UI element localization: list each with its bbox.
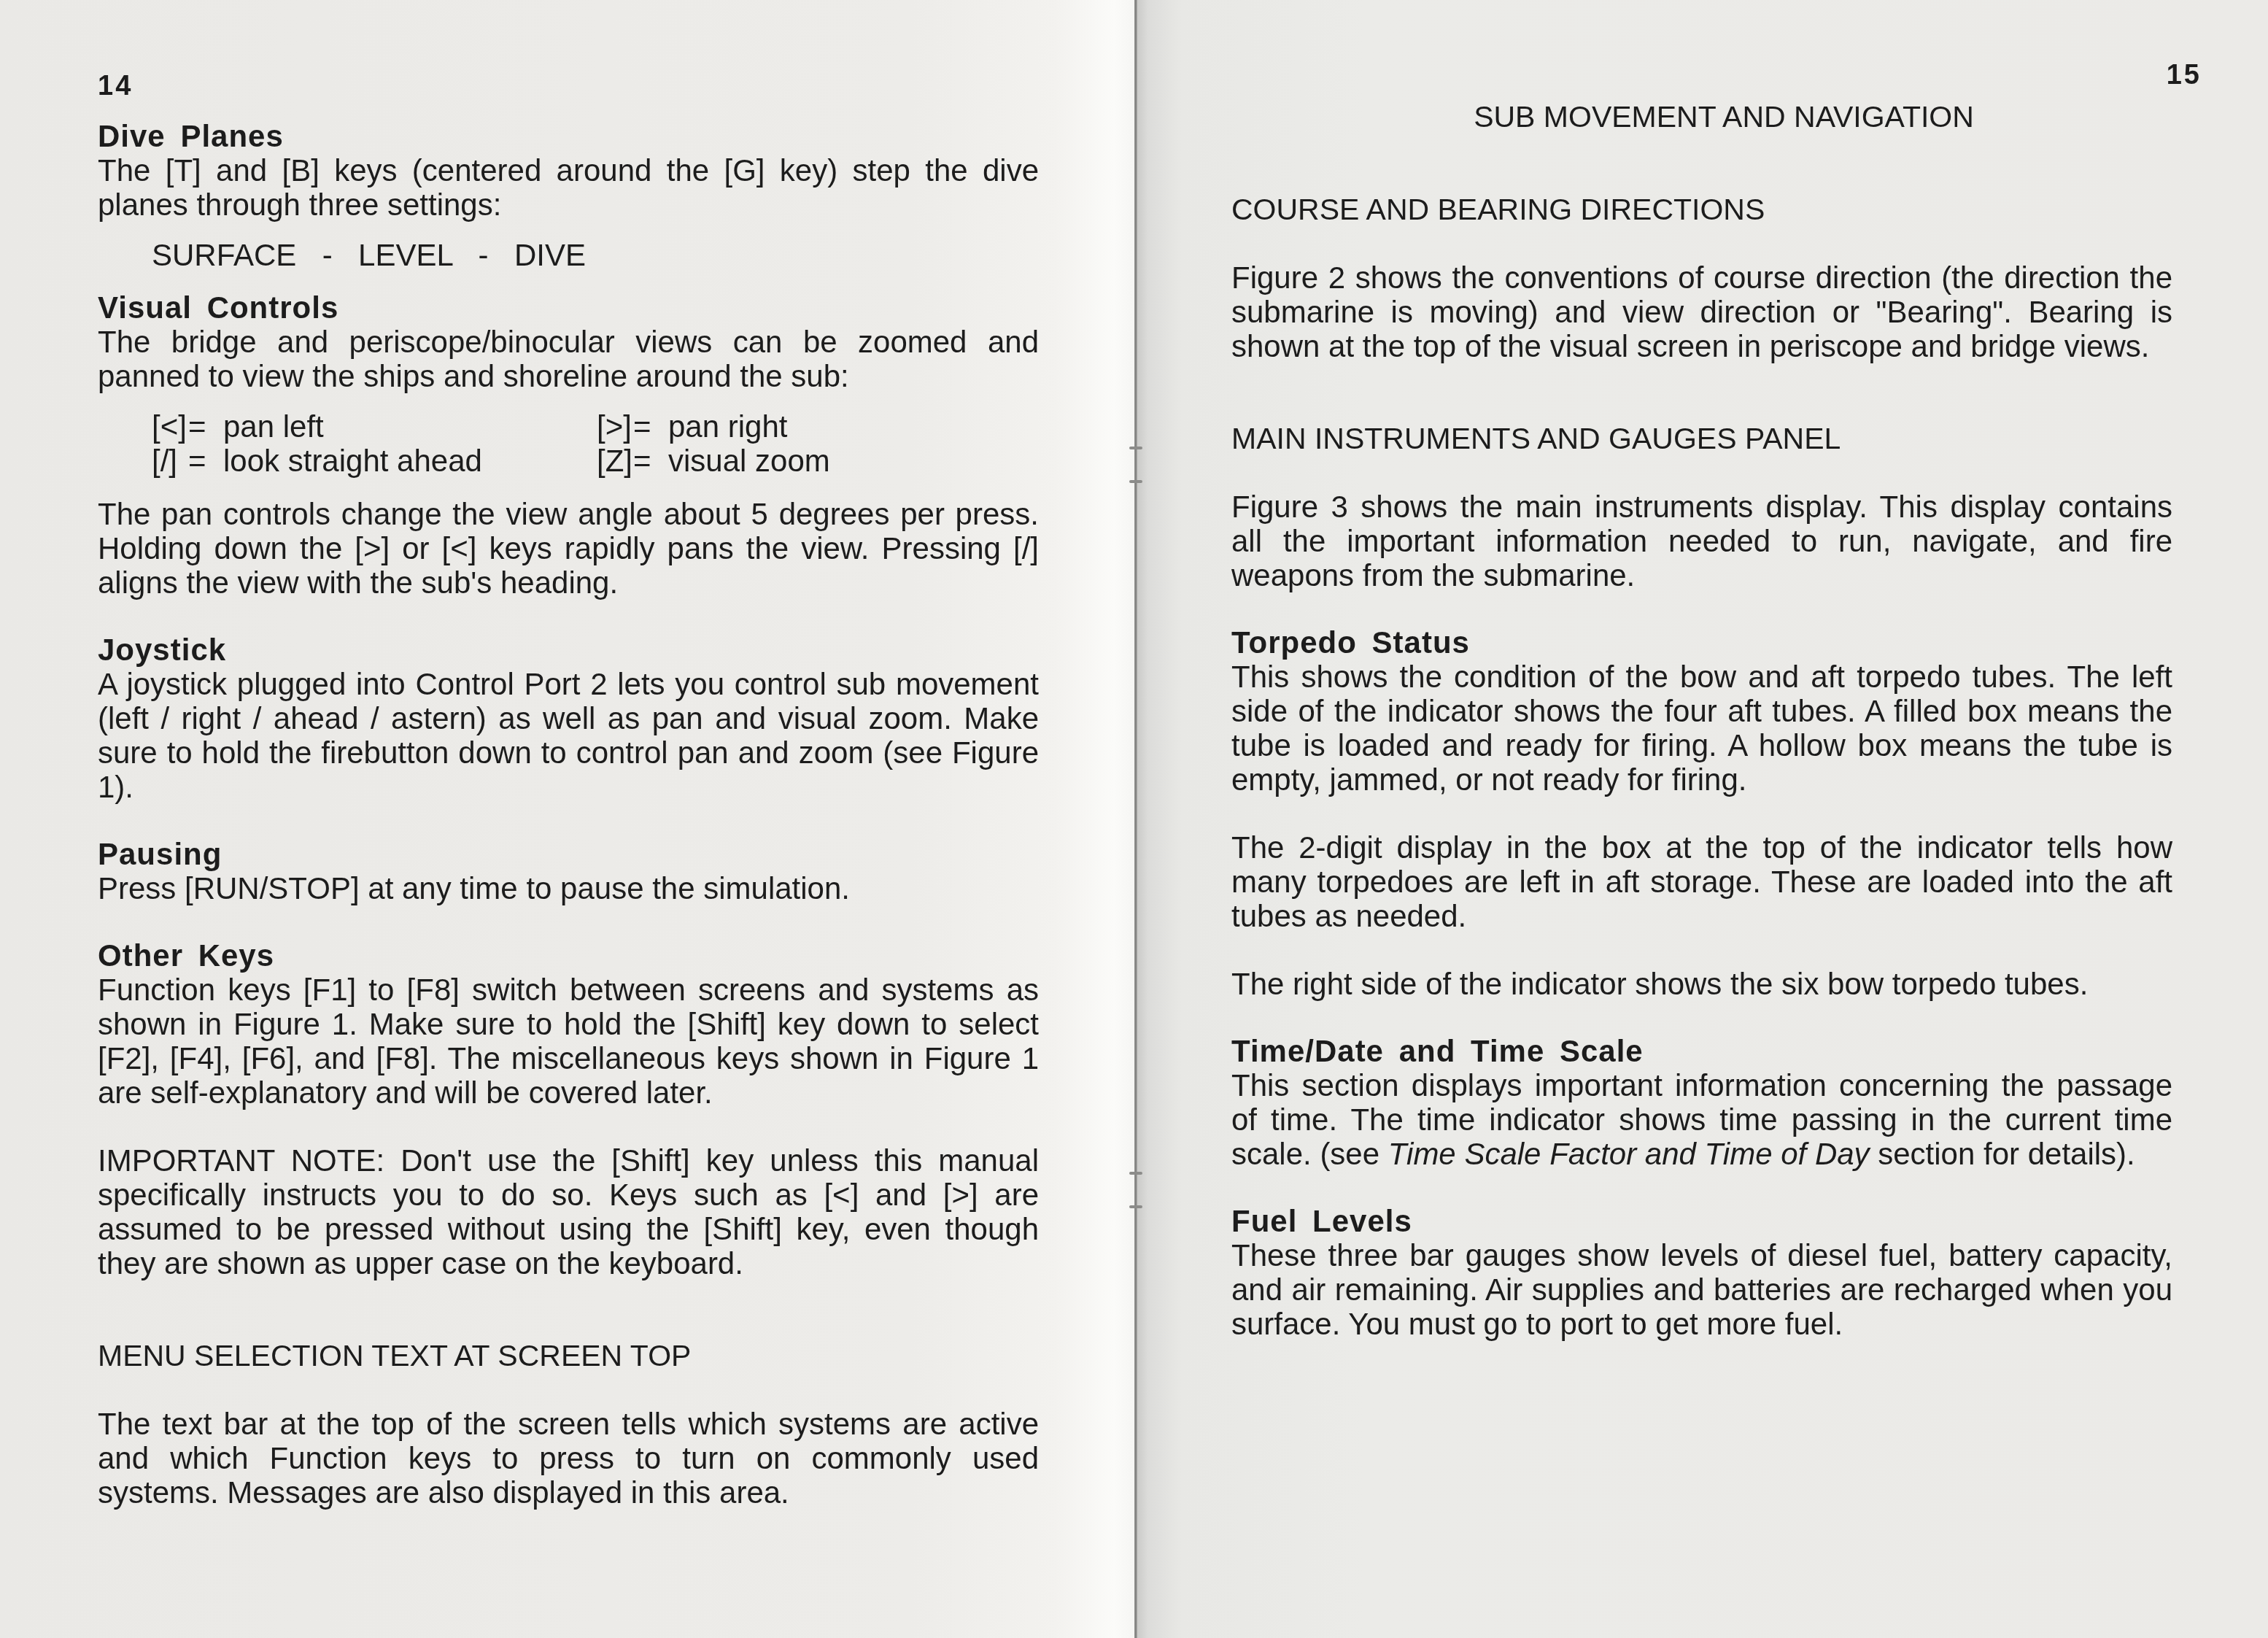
key-bindings-table: [<] = pan left [>] = pan right [/] = loo…: [152, 409, 1039, 478]
section-heading-torpedo-status: Torpedo Status: [1231, 626, 2172, 660]
dive-planes-body: The [T] and [B] keys (centered around th…: [98, 153, 1039, 222]
staple-mark: [1129, 1205, 1142, 1208]
staple-mark: [1129, 447, 1142, 449]
section-heading-visual-controls: Visual Controls: [98, 291, 1039, 325]
right-page-content: 15 SUB MOVEMENT AND NAVIGATION COURSE AN…: [1231, 58, 2172, 1341]
fuel-levels-body: These three bar gauges show levels of di…: [1231, 1238, 2172, 1341]
section-heading-course-bearing: COURSE AND BEARING DIRECTIONS: [1231, 193, 2172, 227]
section-heading-time-date: Time/Date and Time Scale: [1231, 1035, 2172, 1068]
staple-mark: [1129, 480, 1142, 483]
key-action: visual zoom: [668, 444, 830, 478]
section-heading-main-instruments: MAIN INSTRUMENTS AND GAUGES PANEL: [1231, 422, 2172, 456]
equals-sign: =: [188, 444, 223, 478]
left-page: 14 Dive Planes The [T] and [B] keys (cen…: [0, 0, 1137, 1638]
key-binding-row: [>] = pan right: [597, 409, 1034, 444]
main-instruments-body: Figure 3 shows the main instruments disp…: [1231, 490, 2172, 592]
equals-sign: =: [188, 409, 223, 444]
section-heading-other-keys: Other Keys: [98, 939, 1039, 973]
menu-selection-body: The text bar at the top of the screen te…: [98, 1407, 1039, 1510]
section-heading-pausing: Pausing: [98, 838, 1039, 871]
key-label: [Z]: [597, 444, 633, 478]
time-date-body: This section displays important informat…: [1231, 1068, 2172, 1171]
time-date-text-end: section for details).: [1870, 1137, 2135, 1171]
key-binding-row: [<] = pan left: [152, 409, 597, 444]
other-keys-body: Function keys [F1] to [F8] switch betwee…: [98, 973, 1039, 1110]
section-heading-dive-planes: Dive Planes: [98, 120, 1039, 153]
section-heading-menu-selection: MENU SELECTION TEXT AT SCREEN TOP: [98, 1339, 1039, 1373]
key-binding-row: [Z] = visual zoom: [597, 444, 1034, 478]
dive-plane-settings: SURFACE - LEVEL - DIVE: [98, 238, 1039, 272]
equals-sign: =: [633, 444, 668, 478]
key-label: [>]: [597, 409, 633, 444]
key-action: look straight ahead: [223, 444, 482, 478]
time-date-reference: Time Scale Factor and Time of Day: [1388, 1137, 1870, 1171]
torpedo-storage-body: The 2-digit display in the box at the to…: [1231, 830, 2172, 933]
bow-tubes-body: The right side of the indicator shows th…: [1231, 967, 2172, 1001]
left-page-content: 14 Dive Planes The [T] and [B] keys (cen…: [98, 69, 1039, 1510]
key-action: pan left: [223, 409, 324, 444]
visual-controls-body: The bridge and periscope/binocular views…: [98, 325, 1039, 393]
staple-mark: [1129, 1172, 1142, 1175]
key-binding-row: [/] = look straight ahead: [152, 444, 597, 478]
key-action: pan right: [668, 409, 787, 444]
right-page: 15 SUB MOVEMENT AND NAVIGATION COURSE AN…: [1137, 0, 2268, 1638]
section-heading-joystick: Joystick: [98, 633, 1039, 667]
key-label: [<]: [152, 409, 188, 444]
equals-sign: =: [633, 409, 668, 444]
book-spine: [1134, 0, 1137, 1638]
torpedo-status-body: This shows the condition of the bow and …: [1231, 660, 2172, 797]
course-bearing-body: Figure 2 shows the conventions of course…: [1231, 260, 2172, 363]
pausing-body: Press [RUN/STOP] at any time to pause th…: [98, 871, 1039, 905]
joystick-body: A joystick plugged into Control Port 2 l…: [98, 667, 1039, 804]
page-number: 14: [98, 69, 1039, 104]
chapter-title: SUB MOVEMENT AND NAVIGATION: [1275, 100, 2172, 134]
important-note: IMPORTANT NOTE: Don't use the [Shift] ke…: [98, 1143, 1039, 1280]
section-heading-fuel-levels: Fuel Levels: [1231, 1205, 2172, 1238]
page-number: 15: [1231, 58, 2202, 93]
pan-controls-note: The pan controls change the view angle a…: [98, 497, 1039, 600]
key-label: [/]: [152, 444, 188, 478]
